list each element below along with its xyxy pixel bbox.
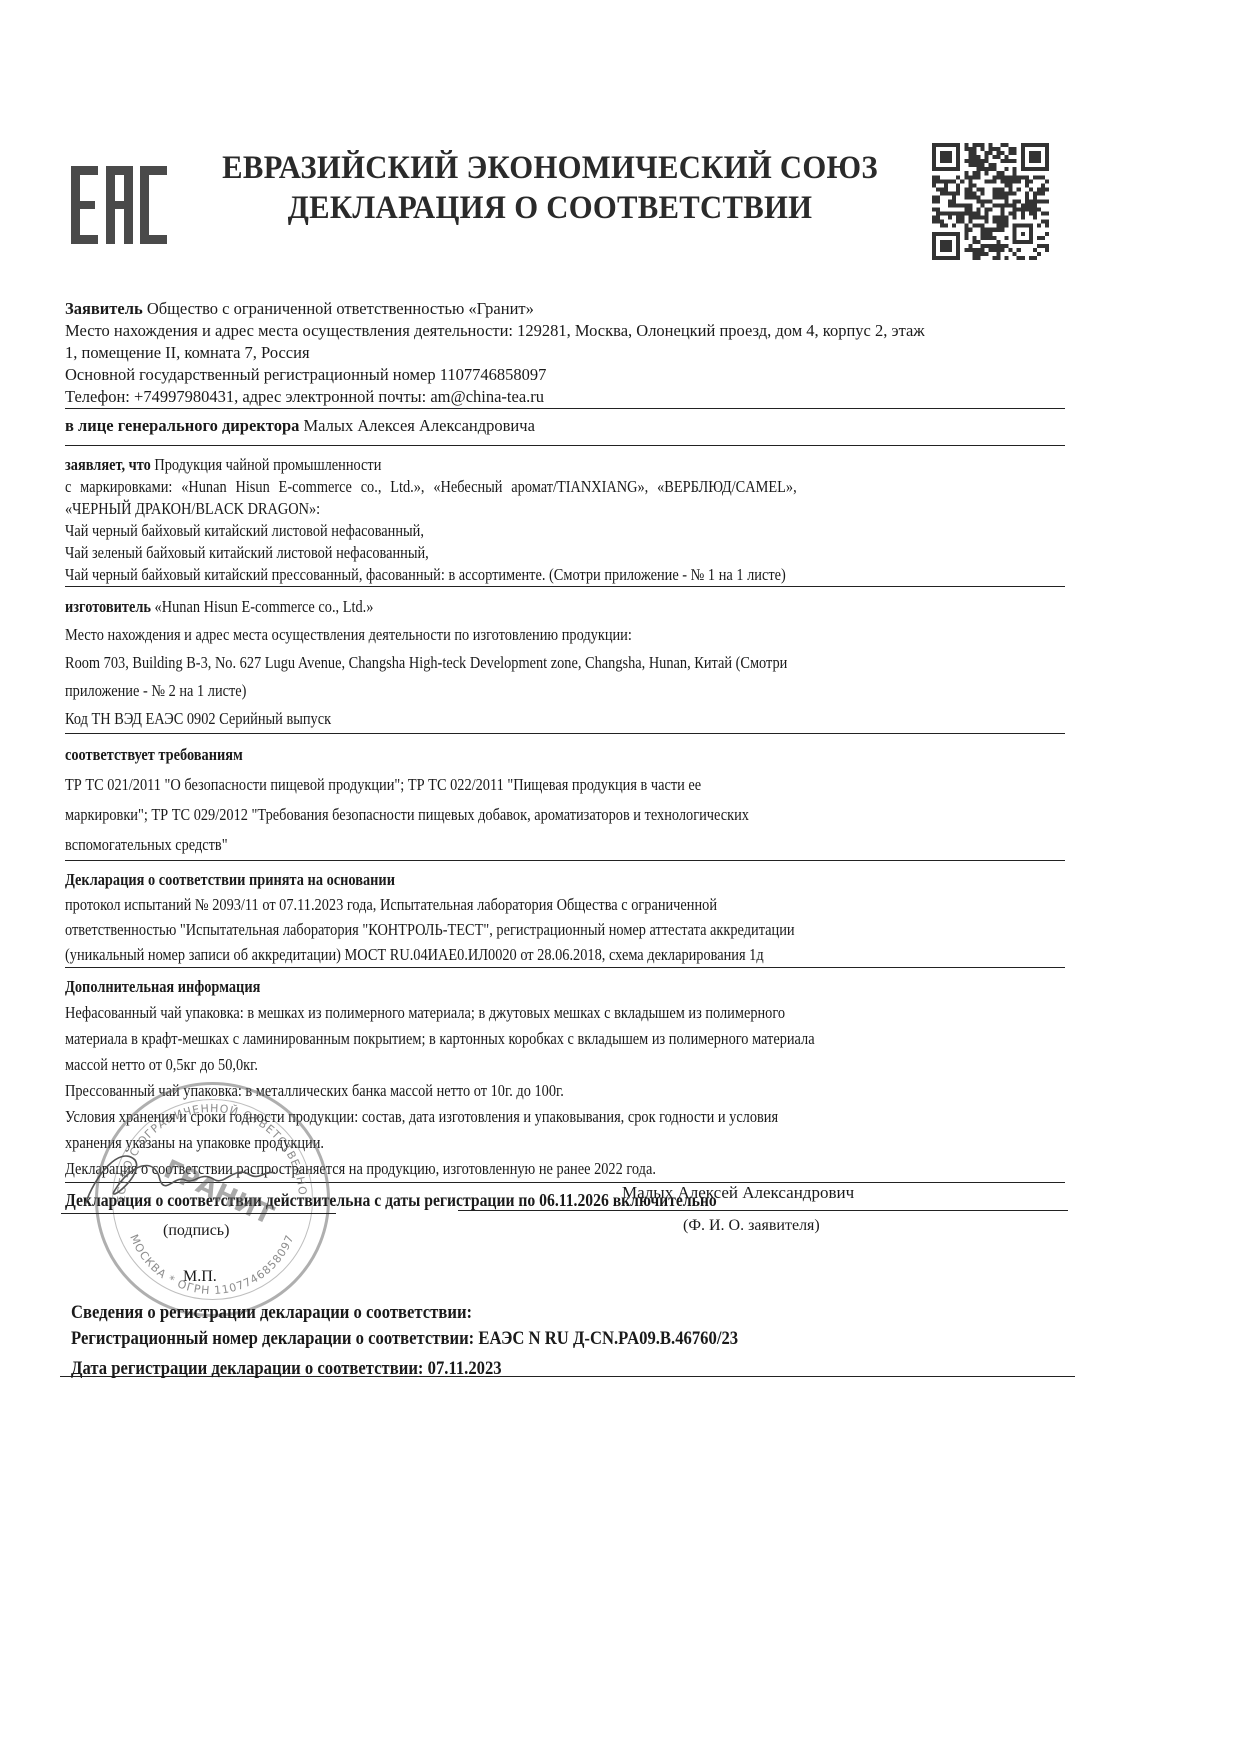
- requirement-line: маркировки"; ТР ТС 029/2012 "Требования …: [65, 800, 1066, 830]
- qr-code-icon: [932, 143, 1049, 260]
- eac-letter-c: [140, 166, 167, 244]
- product-item: Чай черный байховый китайский прессованн…: [65, 564, 1066, 586]
- title-union: ЕВРАЗИЙСКИЙ ЭКОНОМИЧЕСКИЙ СОЮЗ: [206, 148, 894, 188]
- additional-label: Дополнительная информация: [65, 974, 1066, 1000]
- applicant-label: Заявитель: [65, 299, 143, 318]
- svg-text:МОСКВА * ОГРН 1107746858097: МОСКВА * ОГРН 1107746858097: [127, 1232, 297, 1297]
- applicant-section: Заявитель Общество с ограниченной ответс…: [65, 298, 1065, 408]
- registration-date: Дата регистрации декларации о соответств…: [71, 1356, 738, 1382]
- additional-line: материала в крафт-мешках с ламинированны…: [65, 1026, 1066, 1052]
- basis-section: Декларация о соответствии принята на осн…: [65, 867, 1066, 967]
- requirements-section: соответствует требованиям ТР ТС 021/2011…: [65, 740, 1066, 860]
- seal-caption: М.П.: [183, 1268, 217, 1286]
- additional-line: массой нетто от 0,5кг до 50,0кг.: [65, 1052, 1066, 1078]
- eac-letter-e: [71, 166, 98, 244]
- divider: [65, 445, 1065, 446]
- manufacturer-address-1: Room 703, Building B-3, No. 627 Lugu Ave…: [65, 649, 1066, 677]
- basis-line: протокол испытаний № 2093/11 от 07.11.20…: [65, 892, 1066, 917]
- applicant-address-2: 1, помещение II, комната 7, Россия: [65, 342, 1065, 364]
- registration-section: Сведения о регистрации декларации о соот…: [71, 1300, 812, 1382]
- registration-heading: Сведения о регистрации декларации о соот…: [71, 1300, 738, 1326]
- registration-number: Регистрационный номер декларации о соотв…: [71, 1326, 738, 1352]
- manufacturer-name: «Hunan Hisun E-commerce co., Ltd.»: [155, 597, 374, 616]
- manufacturer-address-2: приложение - № 2 на 1 листе): [65, 677, 1066, 705]
- basis-line: ответственностью "Испытательная лаборато…: [65, 917, 1066, 942]
- requirements-label: соответствует требованиям: [65, 740, 1066, 770]
- represented-label: в лице генерального директора: [65, 416, 299, 435]
- basis-line: (уникальный номер записи об аккредитации…: [65, 942, 1066, 967]
- applicant-ogrn: Основной государственный регистрационный…: [65, 364, 1065, 386]
- product-item: Чай черный байховый китайский листовой н…: [65, 520, 1066, 542]
- additional-line: Нефасованный чай упаковка: в мешках из п…: [65, 1000, 1066, 1026]
- manufacturer-label: изготовитель: [65, 597, 151, 616]
- requirement-line: ТР ТС 021/2011 "О безопасности пищевой п…: [65, 770, 1066, 800]
- applicant-contacts: Телефон: +74997980431, адрес электронной…: [65, 386, 1065, 408]
- declares-markings-1: с маркировками: «Hunan Hisun E-commerce …: [65, 476, 1066, 498]
- manufacturer-address-label: Место нахождения и адрес места осуществл…: [65, 621, 1066, 649]
- applicant-address-1: Место нахождения и адрес места осуществл…: [65, 320, 1065, 342]
- declares-section: заявляет, что Продукция чайной промышлен…: [65, 454, 1066, 586]
- divider: [65, 408, 1065, 409]
- document-title: ЕВРАЗИЙСКИЙ ЭКОНОМИЧЕСКИЙ СОЮЗ ДЕКЛАРАЦИ…: [206, 148, 894, 228]
- eac-logo: [71, 166, 167, 244]
- registration-divider: [60, 1376, 1075, 1377]
- signature-caption: (подпись): [163, 1222, 229, 1240]
- divider: [65, 860, 1065, 861]
- product-item: Чай зеленый байховый китайский листовой …: [65, 542, 1066, 564]
- tn-ved-code: Код ТН ВЭД ЕАЭС 0902 Серийный выпуск: [65, 705, 1066, 733]
- signer-caption: (Ф. И. О. заявителя): [683, 1217, 820, 1235]
- eac-letter-a: [106, 166, 133, 244]
- manufacturer-section: изготовитель «Hunan Hisun E-commerce co.…: [65, 593, 1066, 733]
- signer-line: [458, 1210, 1068, 1211]
- divider: [65, 733, 1065, 734]
- signature-line: [61, 1213, 336, 1214]
- divider: [65, 586, 1065, 587]
- declaration-body: Заявитель Общество с ограниченной ответс…: [65, 298, 1065, 1211]
- title-declaration: ДЕКЛАРАЦИЯ О СООТВЕТСТВИИ: [206, 188, 894, 228]
- represented-name: Малых Алексея Александровича: [304, 416, 535, 435]
- divider: [65, 967, 1065, 968]
- declares-markings-2: «ЧЕРНЫЙ ДРАКОН/BLACK DRAGON»:: [65, 498, 1066, 520]
- declares-label: заявляет, что: [65, 455, 151, 474]
- basis-label: Декларация о соответствии принята на осн…: [65, 867, 1066, 892]
- requirement-line: вспомогательных средств": [65, 830, 1066, 860]
- declares-product: Продукция чайной промышленности: [154, 455, 381, 474]
- applicant-name: Общество с ограниченной ответственностью…: [147, 299, 534, 318]
- signature-mark: [75, 1135, 295, 1215]
- signer-name: Малых Алексей Александрович: [622, 1183, 854, 1203]
